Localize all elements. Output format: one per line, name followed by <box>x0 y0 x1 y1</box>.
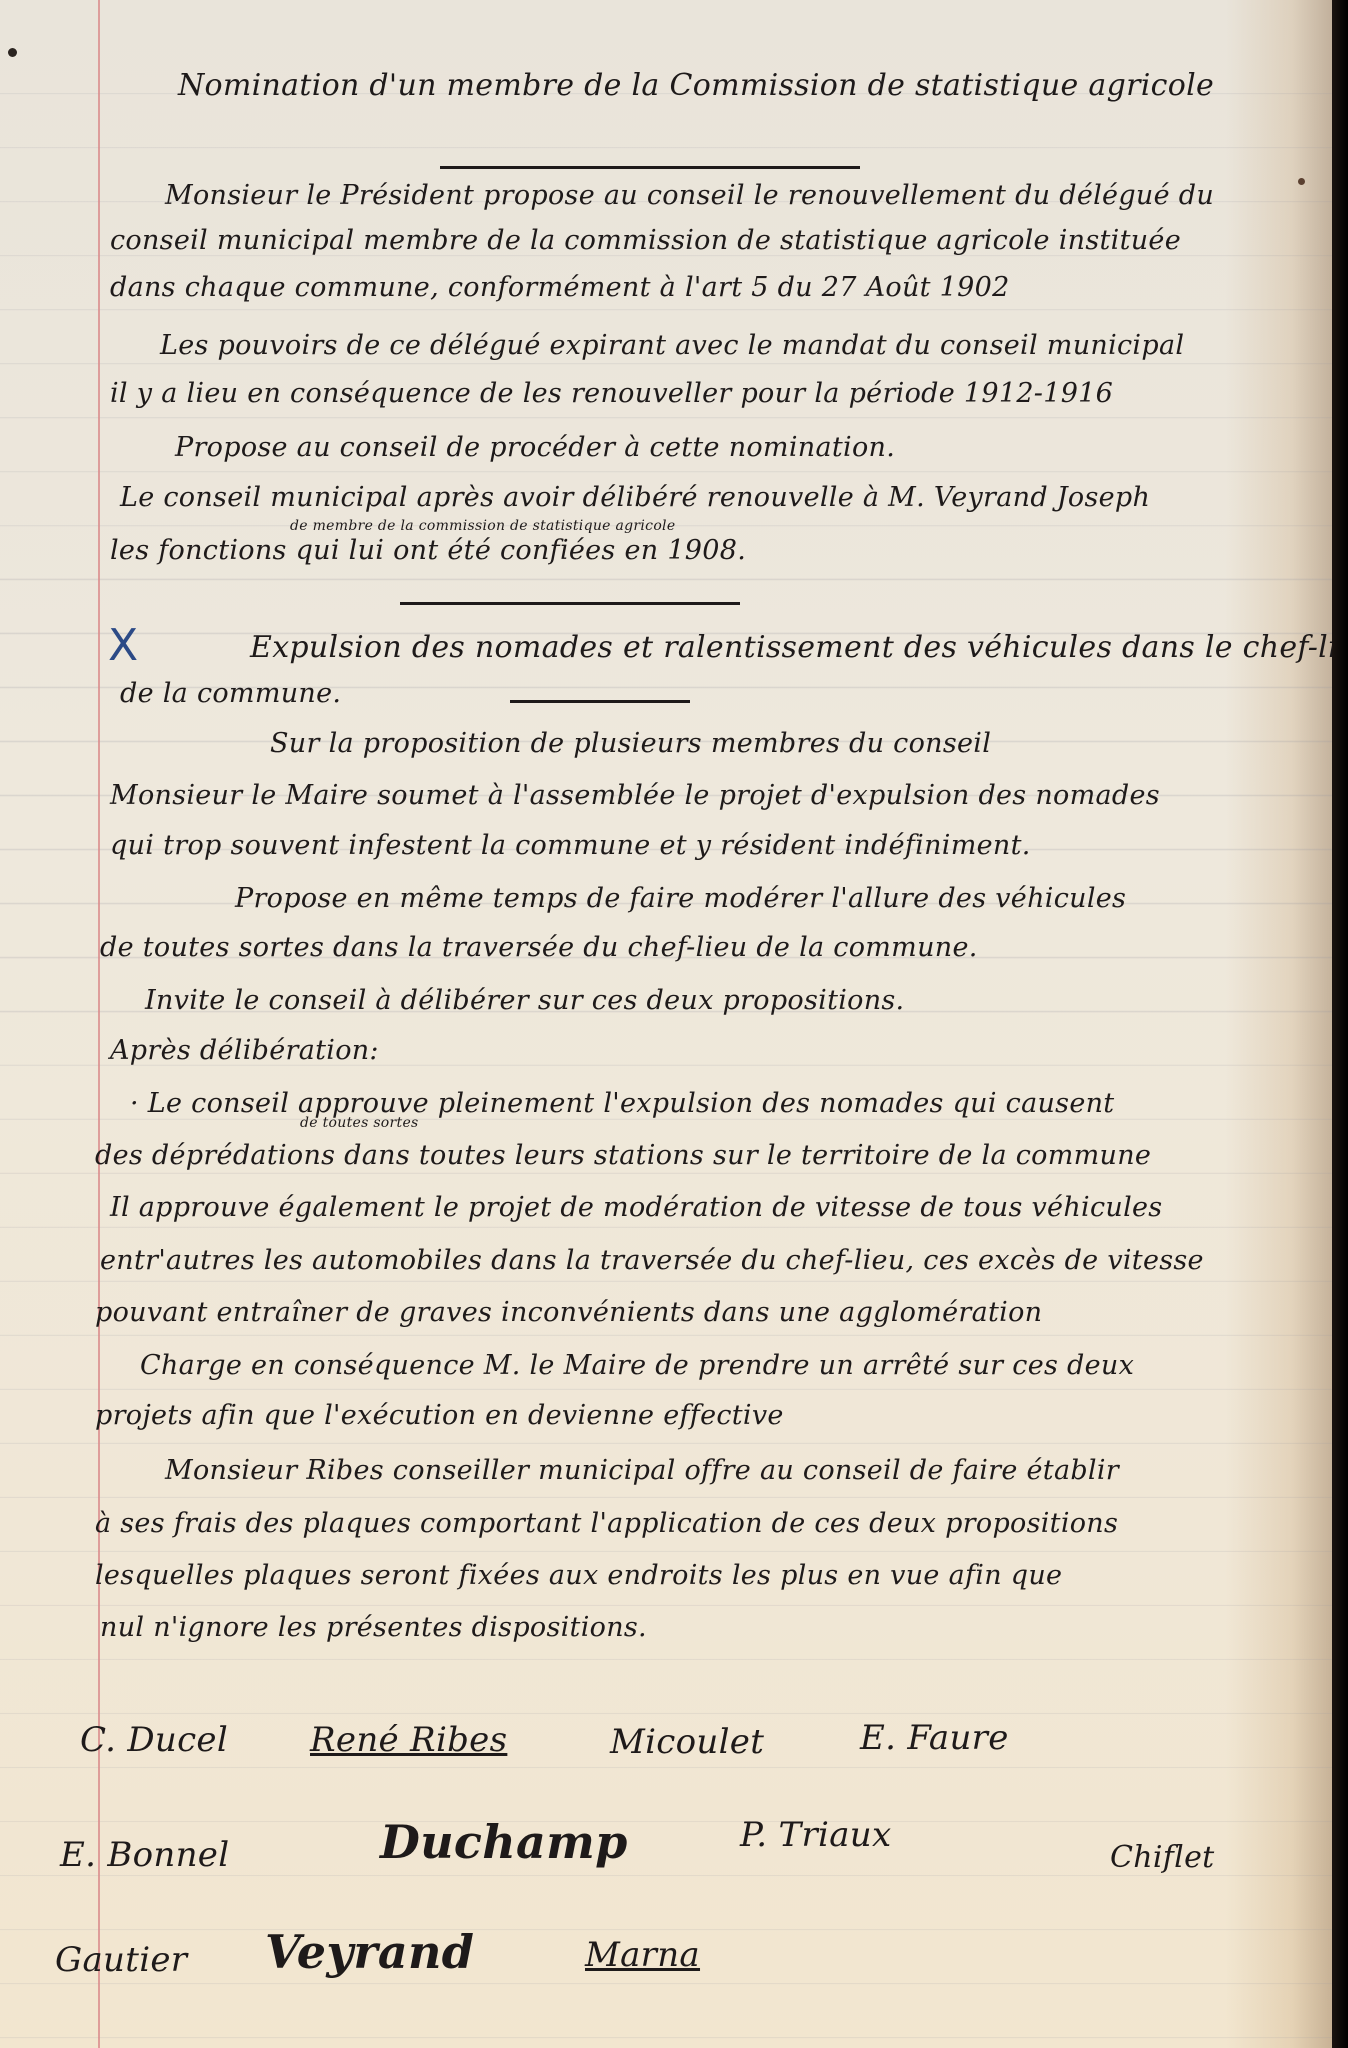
section2-line: Sur la proposition de plusieurs membres … <box>270 728 991 759</box>
section2-line: projets afin que l'exécution en devienne… <box>95 1400 784 1431</box>
section2-title-cont: de la commune. <box>120 678 341 709</box>
ledger-page: Nomination d'un membre de la Commission … <box>0 0 1332 2048</box>
section2-line: Après délibération: <box>110 1035 379 1066</box>
section2-line: Propose en même temps de faire modérer l… <box>235 883 1126 914</box>
section1-line: Les pouvoirs de ce délégué expirant avec… <box>160 330 1184 361</box>
section2-line: pouvant entraîner de graves inconvénient… <box>95 1297 1042 1328</box>
section2-line: de toutes sortes dans la traversée du ch… <box>100 932 978 963</box>
section2-line: à ses frais des plaques comportant l'app… <box>95 1508 1118 1539</box>
section1-line: il y a lieu en conséquence de les renouv… <box>110 378 1113 409</box>
signature: René Ribes <box>310 1720 507 1760</box>
section-divider <box>400 602 740 605</box>
signature: Veyrand <box>265 1925 474 1979</box>
section1-line: conseil municipal membre de la commissio… <box>110 225 1181 256</box>
signature: Gautier <box>55 1940 187 1980</box>
signature: Chiflet <box>1110 1840 1214 1875</box>
signature: Micoulet <box>610 1722 764 1762</box>
section1-line: Propose au conseil de procéder à cette n… <box>175 432 895 463</box>
binding-shadow <box>1332 0 1348 2048</box>
insertion-text: de membre de la commission de statistiqu… <box>290 518 675 534</box>
signature: Duchamp <box>380 1815 628 1869</box>
section2-line: qui trop souvent infestent la commune et… <box>110 830 1031 861</box>
section2-line: des déprédations dans toutes leurs stati… <box>95 1140 1151 1171</box>
section2-line: Charge en conséquence M. le Maire de pre… <box>140 1350 1134 1381</box>
section2-line: Monsieur Ribes conseiller municipal offr… <box>165 1455 1119 1486</box>
section1-line: dans chaque commune, conformément à l'ar… <box>110 272 1010 303</box>
section2-line: · Le conseil approuve pleinement l'expul… <box>130 1088 1114 1119</box>
signature: E. Faure <box>860 1718 1009 1758</box>
insertion-text: de toutes sortes <box>300 1115 419 1131</box>
blue-cross-mark: X <box>108 620 138 671</box>
signature: Marna <box>585 1935 700 1975</box>
title-underline <box>440 166 860 169</box>
section2-line: entr'autres les automobiles dans la trav… <box>100 1245 1204 1276</box>
section1-line: les fonctions qui lui ont été confiées e… <box>110 535 746 566</box>
section2-line: Il approuve également le projet de modér… <box>110 1192 1162 1223</box>
section2-line: lesquelles plaques seront fixées aux end… <box>95 1560 1062 1591</box>
signature: P. Triaux <box>740 1815 891 1855</box>
section1-line: Le conseil municipal après avoir délibér… <box>120 482 1150 513</box>
section2-title: Expulsion des nomades et ralentissement … <box>250 630 1348 665</box>
signature: C. Ducel <box>80 1720 228 1760</box>
signature: E. Bonnel <box>60 1835 229 1875</box>
section1-line: Monsieur le Président propose au conseil… <box>165 180 1214 211</box>
paper-spot <box>8 48 17 57</box>
section2-line: Monsieur le Maire soumet à l'assemblée l… <box>110 780 1160 811</box>
section1-title: Nomination d'un membre de la Commission … <box>178 68 1214 103</box>
paper-spot <box>1298 178 1305 185</box>
section2-line: Invite le conseil à délibérer sur ces de… <box>145 985 904 1016</box>
title-underline <box>510 700 690 703</box>
section2-line: nul n'ignore les présentes dispositions. <box>100 1612 647 1643</box>
